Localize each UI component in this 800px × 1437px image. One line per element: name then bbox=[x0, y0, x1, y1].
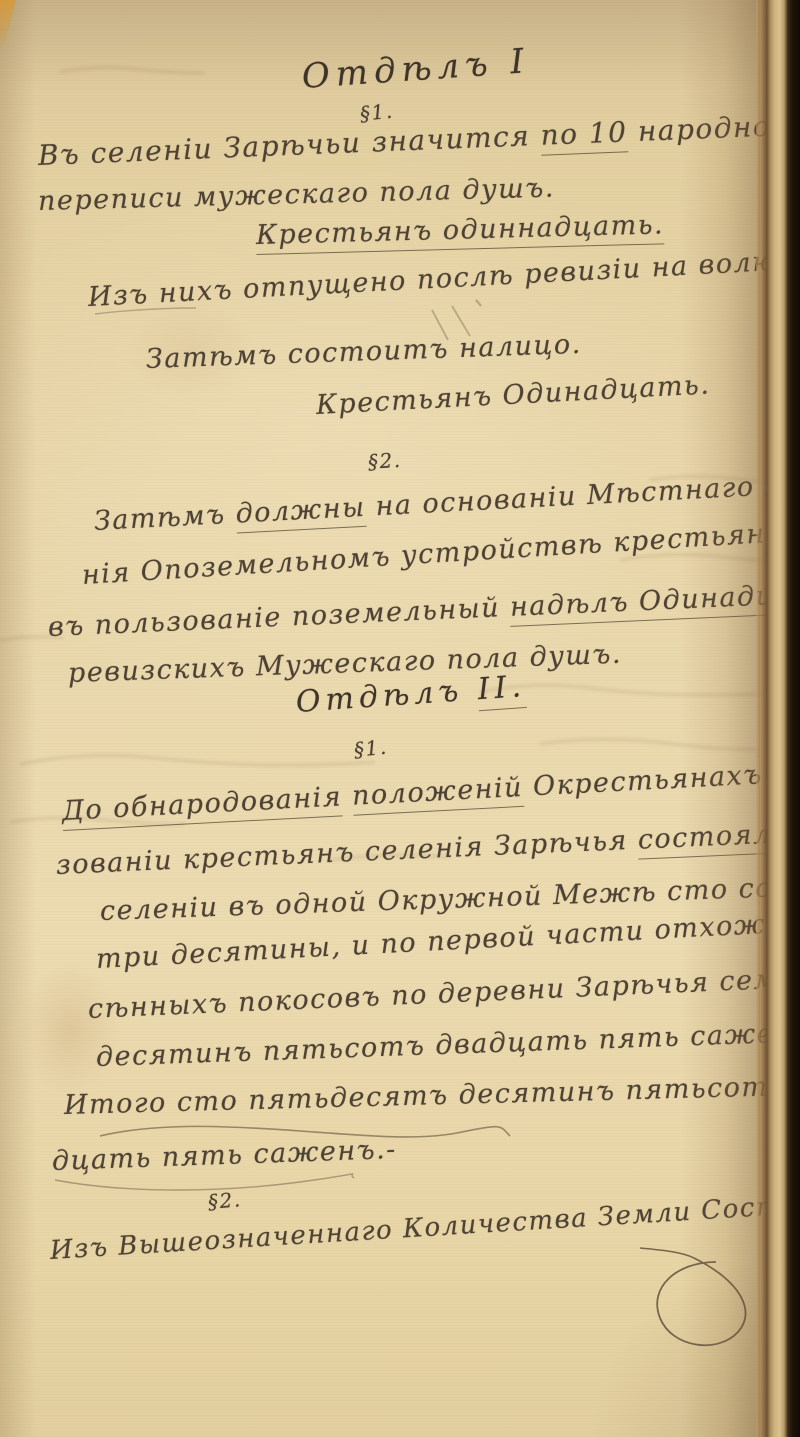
handwritten-text-segment: переписи мужескаго пола душъ. bbox=[38, 172, 556, 217]
handwritten-text-segment: Крестьянъ одиннадцать. bbox=[256, 209, 665, 255]
handwritten-line: переписи мужескаго пола душъ. bbox=[38, 174, 556, 215]
section-2-par-1-label: §1. bbox=[353, 737, 389, 760]
handwritten-text-segment: До обнародованія bbox=[61, 781, 343, 831]
handwritten-line: Крестьянъ Одинадцать. bbox=[315, 371, 711, 419]
handwritten-text-segment: Затѣмъ bbox=[93, 499, 236, 537]
section-1-heading: Отдѣлъ I bbox=[301, 44, 531, 94]
handwritten-text-segment: §2. bbox=[367, 448, 402, 474]
section-1-par-2-label: §2. bbox=[367, 450, 402, 472]
book-fore-edge-and-gutter bbox=[756, 0, 800, 1437]
page-curl-shadow bbox=[680, 0, 760, 1437]
handwritten-line: Крестьянъ одиннадцать. bbox=[256, 211, 665, 249]
handwritten-line: ревизскихъ Мужескаго пола душъ. bbox=[68, 641, 623, 687]
handwritten-text-segment: въ пользованіе поземельный bbox=[47, 592, 510, 643]
handwritten-line: дцать пять саженъ.- bbox=[52, 1136, 398, 1175]
handwritten-text-segment: Въ селеніи Зарѣчьи значится bbox=[37, 119, 541, 172]
handwritten-text-segment: Отдѣлъ I bbox=[301, 41, 531, 97]
manuscript-page-photo: Отдѣлъ I§1.Въ селеніи Зарѣчьи значится п… bbox=[0, 0, 800, 1437]
handwritten-text-segment: §1. bbox=[353, 735, 389, 762]
handwritten-text-segment: должны bbox=[235, 492, 367, 534]
handwritten-line: Затѣмъ состоитъ налицо. bbox=[146, 331, 583, 373]
handwritten-text-segment: дцать пять саженъ.- bbox=[51, 1134, 397, 1177]
handwritten-text-segment: §1. bbox=[359, 99, 395, 126]
section-1-par-1-label: §1. bbox=[359, 101, 395, 124]
handwritten-line: Въ селеніи Зарѣчьи значится по 10 народн… bbox=[37, 112, 791, 170]
handwritten-text-segment: §2. bbox=[207, 1187, 243, 1214]
section-2-par-2-label: §2. bbox=[207, 1189, 242, 1212]
handwritten-text-segment: положеній bbox=[351, 772, 524, 816]
handwritten-text-segment: Затѣмъ состоитъ налицо. bbox=[145, 329, 582, 375]
handwritten-text-segment: II. bbox=[476, 669, 527, 711]
handwritten-text-segment: по 10 bbox=[540, 115, 628, 155]
handwritten-text-segment: Крестьянъ Одинадцать. bbox=[315, 369, 711, 421]
handwritten-text-segment: зованіи крестьянъ селенія Зарѣчья bbox=[55, 825, 638, 881]
